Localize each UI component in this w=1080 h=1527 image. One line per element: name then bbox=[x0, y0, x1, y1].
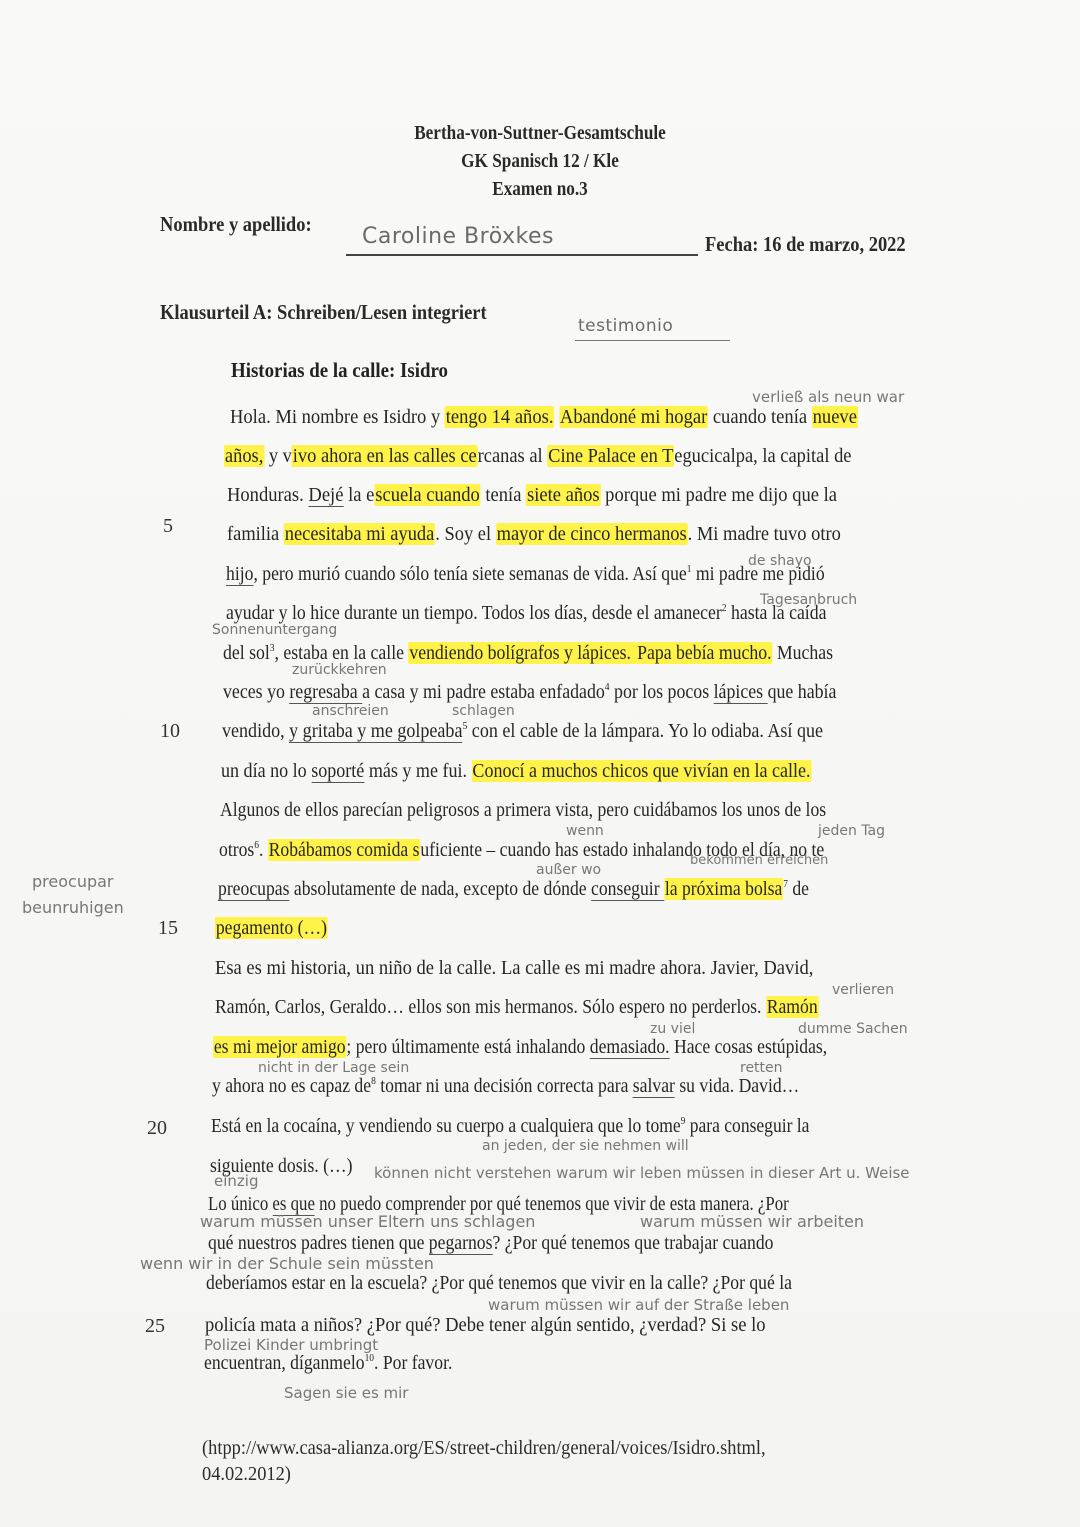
exam-number: Examen no.3 bbox=[76, 178, 1005, 201]
annotation: dumme Sachen bbox=[798, 1021, 908, 1037]
name-underline bbox=[346, 254, 698, 256]
annotation: warum müssen unser Eltern uns schlagen bbox=[200, 1212, 535, 1231]
school-name: Bertha-von-Suttner-Gesamtschule bbox=[76, 122, 1005, 145]
name-value: Caroline Bröxkes bbox=[362, 224, 554, 249]
text-title: Historias de la calle: Isidro bbox=[231, 358, 448, 383]
annotation: warum müssen wir auf der Straße leben bbox=[488, 1296, 789, 1314]
annotation: preocupar bbox=[32, 872, 114, 891]
text-line-23: deberíamos estar en la escuela? ¿Por qué… bbox=[206, 1272, 792, 1295]
annotation: wenn bbox=[566, 823, 604, 839]
annotation: retten bbox=[740, 1060, 783, 1076]
annotation: anschreien bbox=[312, 703, 389, 719]
text-line-16: Ramón, Carlos, Geraldo… ellos son mis he… bbox=[215, 996, 819, 1019]
text-line-14: pegamento (…) bbox=[215, 917, 328, 940]
highlight: ivo ahora en las calles ce bbox=[292, 445, 478, 467]
highlight: Cine Palace en T bbox=[547, 445, 674, 467]
text-line-17: es mi mejor amigo; pero últimamente está… bbox=[213, 1036, 827, 1059]
highlight: Robábamos comida s bbox=[268, 839, 421, 861]
highlight: pegamento (…) bbox=[215, 917, 328, 939]
annotation: zurückkehren bbox=[292, 662, 387, 678]
highlight: mayor de cinco hermanos bbox=[496, 523, 688, 545]
text-line-19: Está en la cocaína, y vendiendo su cuerp… bbox=[211, 1115, 809, 1138]
annotation: einzig bbox=[214, 1172, 258, 1190]
annotation: bekommen erreichen bbox=[690, 853, 828, 868]
annotation: nicht in der Lage sein bbox=[258, 1060, 409, 1076]
text-line-1: Hola. Mi nombre es Isidro y tengo 14 año… bbox=[230, 406, 858, 429]
text-line-10: un día no lo soporté más y me fui. Conoc… bbox=[221, 760, 811, 783]
annotation: de shayo bbox=[748, 553, 812, 569]
section-handwritten: testimonio bbox=[578, 316, 673, 336]
text-line-13: preocupas absolutamente de nada, excepto… bbox=[218, 878, 809, 901]
testimonio-underline bbox=[575, 340, 730, 341]
text-line-9: vendido, y gritaba y me golpeaba5 con el… bbox=[222, 720, 823, 743]
annotation: an jeden, der sie nehmen will bbox=[482, 1138, 689, 1154]
highlight: siete años bbox=[526, 484, 600, 506]
text-line-18: y ahora no es capaz de8 tomar ni una dec… bbox=[212, 1075, 799, 1098]
line-number-20: 20 bbox=[147, 1117, 167, 1140]
annotation: Sagen sie es mir bbox=[284, 1384, 408, 1402]
highlight: años, bbox=[224, 445, 264, 467]
section-label: Klausurteil A: Schreiben/Lesen integrier… bbox=[160, 300, 487, 325]
source-date: 04.02.2012) bbox=[202, 1463, 291, 1486]
annotation: warum müssen wir arbeiten bbox=[640, 1212, 864, 1231]
text-line-15: Esa es mi historia, un niño de la calle.… bbox=[215, 957, 813, 980]
annotation: verließ als neun war bbox=[752, 388, 904, 406]
annotation: können nicht verstehen warum wir leben m… bbox=[374, 1164, 1054, 1182]
annotation: beunruhigen bbox=[22, 898, 124, 917]
text-line-11: Algunos de ellos parecían peligrosos a p… bbox=[220, 799, 826, 822]
annotation: jeden Tag bbox=[818, 823, 885, 839]
text-line-4: familia necesitaba mi ayuda. Soy el mayo… bbox=[227, 523, 841, 546]
source-url: (htpp://www.casa-alianza.org/ES/street-c… bbox=[202, 1437, 766, 1460]
highlight: Ramón bbox=[766, 996, 819, 1018]
name-label: Nombre y apellido: bbox=[160, 212, 312, 237]
line-number-25: 25 bbox=[145, 1315, 165, 1338]
line-number-15: 15 bbox=[158, 917, 178, 940]
highlight: necesitaba mi ayuda bbox=[284, 523, 435, 545]
highlight: Papa bebía mucho. bbox=[636, 642, 772, 664]
annotation: Tagesanbruch bbox=[760, 592, 857, 608]
highlight: Abandoné mi hogar bbox=[559, 406, 708, 428]
text-line-5: hijo, pero murió cuando sólo tenía siete… bbox=[226, 563, 825, 586]
highlight: la próxima bolsa bbox=[664, 878, 783, 900]
line-number-5: 5 bbox=[163, 515, 173, 538]
annotation: wenn wir in der Schule sein müssten bbox=[140, 1254, 434, 1273]
annotation: zu viel bbox=[650, 1021, 695, 1037]
course-name: GK Spanisch 12 / Kle bbox=[76, 150, 1005, 173]
annotation: Sonnenuntergang bbox=[212, 622, 337, 638]
highlight: es mi mejor amigo bbox=[213, 1036, 346, 1058]
text-line-24: policía mata a niños? ¿Por qué? Debe ten… bbox=[205, 1314, 766, 1337]
date-label: Fecha: 16 de marzo, 2022 bbox=[705, 232, 906, 257]
text-line-3: Honduras. Dejé la escuela cuando tenía s… bbox=[227, 484, 837, 507]
text-line-25: encuentran, díganmelo10. Por favor. bbox=[204, 1352, 452, 1375]
highlight: nueve bbox=[812, 406, 858, 428]
annotation: verlieren bbox=[832, 982, 894, 998]
exam-page: Bertha-von-Suttner-Gesamtschule GK Spani… bbox=[0, 0, 1080, 1527]
highlight: scuela cuando bbox=[374, 484, 480, 506]
highlight: Conocí a muchos chicos que vivían en la … bbox=[472, 760, 812, 782]
text-line-8: veces yo regresaba a casa y mi padre est… bbox=[223, 681, 836, 704]
text-line-2: años, y vivo ahora en las calles cercana… bbox=[224, 445, 851, 468]
annotation: außer wo bbox=[536, 862, 601, 878]
line-number-10: 10 bbox=[160, 720, 180, 743]
annotation: schlagen bbox=[452, 703, 515, 719]
highlight: vendiendo bolígrafos y lápices. bbox=[408, 642, 636, 664]
annotation: Polizei Kinder umbringt bbox=[204, 1336, 378, 1354]
highlight: tengo 14 años. bbox=[445, 406, 555, 428]
text-line-22: qué nuestros padres tienen que pegarnos?… bbox=[208, 1232, 773, 1255]
